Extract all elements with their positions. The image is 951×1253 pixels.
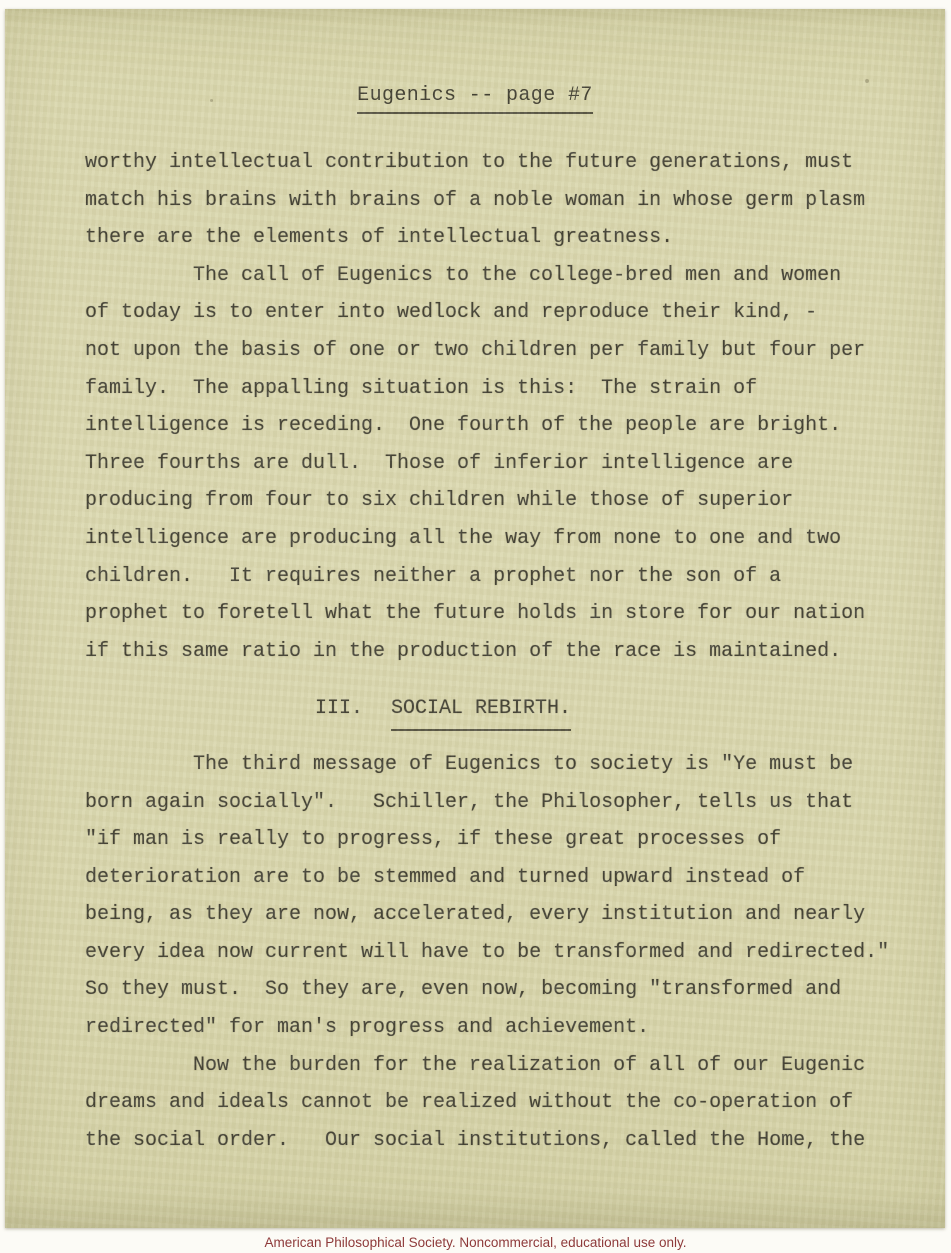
text-line: producing from four to six children whil…: [85, 482, 885, 520]
text-line: being, as they are now, accelerated, eve…: [85, 896, 885, 934]
paragraph: worthy intellectual contribution to the …: [85, 144, 885, 257]
text-line: The call of Eugenics to the college-bred…: [85, 257, 885, 295]
paper-speck: [125, 419, 128, 422]
text-line: intelligence is receding. One fourth of …: [85, 407, 885, 445]
text-line: Three fourths are dull. Those of inferio…: [85, 445, 885, 483]
archive-caption: American Philosophical Society. Noncomme…: [0, 1235, 951, 1250]
text-line: born again socially". Schiller, the Phil…: [85, 784, 885, 822]
paper-speck: [210, 99, 213, 102]
text-line: dreams and ideals cannot be realized wit…: [85, 1084, 885, 1122]
paper-speck: [835, 1059, 838, 1062]
text-line: So they must. So they are, even now, bec…: [85, 971, 885, 1009]
document-body: worthy intellectual contribution to the …: [5, 144, 945, 1159]
text-line: deterioration are to be stemmed and turn…: [85, 859, 885, 897]
text-line: The third message of Eugenics to society…: [85, 746, 885, 784]
text-line: the social order. Our social institution…: [85, 1122, 885, 1160]
section-heading-text: SOCIAL REBIRTH.: [391, 690, 571, 731]
page-title-text: Eugenics -- page #7: [357, 81, 593, 114]
text-line: worthy intellectual contribution to the …: [85, 144, 885, 182]
text-line: not upon the basis of one or two childre…: [85, 332, 885, 370]
section-number: III.: [315, 697, 363, 720]
page-title: Eugenics -- page #7: [5, 81, 945, 114]
paper-speck: [865, 79, 869, 83]
section-heading: III.SOCIAL REBIRTH.: [85, 690, 885, 728]
text-line: Now the burden for the realization of al…: [85, 1047, 885, 1085]
paragraph: Now the burden for the realization of al…: [85, 1047, 885, 1160]
text-line: prophet to foretell what the future hold…: [85, 595, 885, 633]
paragraph: The third message of Eugenics to society…: [85, 746, 885, 1047]
paragraph: The call of Eugenics to the college-bred…: [85, 257, 885, 671]
text-line: "if man is really to progress, if these …: [85, 821, 885, 859]
text-line: of today is to enter into wedlock and re…: [85, 294, 885, 332]
text-line: match his brains with brains of a noble …: [85, 182, 885, 220]
text-line: if this same ratio in the production of …: [85, 633, 885, 671]
scanned-document: Eugenics -- page #7 worthy intellectual …: [0, 0, 951, 1253]
text-line: family. The appalling situation is this:…: [85, 370, 885, 408]
text-line: there are the elements of intellectual g…: [85, 219, 885, 257]
text-line: children. It requires neither a prophet …: [85, 558, 885, 596]
document-page: Eugenics -- page #7 worthy intellectual …: [5, 9, 945, 1228]
text-line: redirected" for man's progress and achie…: [85, 1009, 885, 1047]
text-line: intelligence are producing all the way f…: [85, 520, 885, 558]
text-line: every idea now current will have to be t…: [85, 934, 885, 972]
